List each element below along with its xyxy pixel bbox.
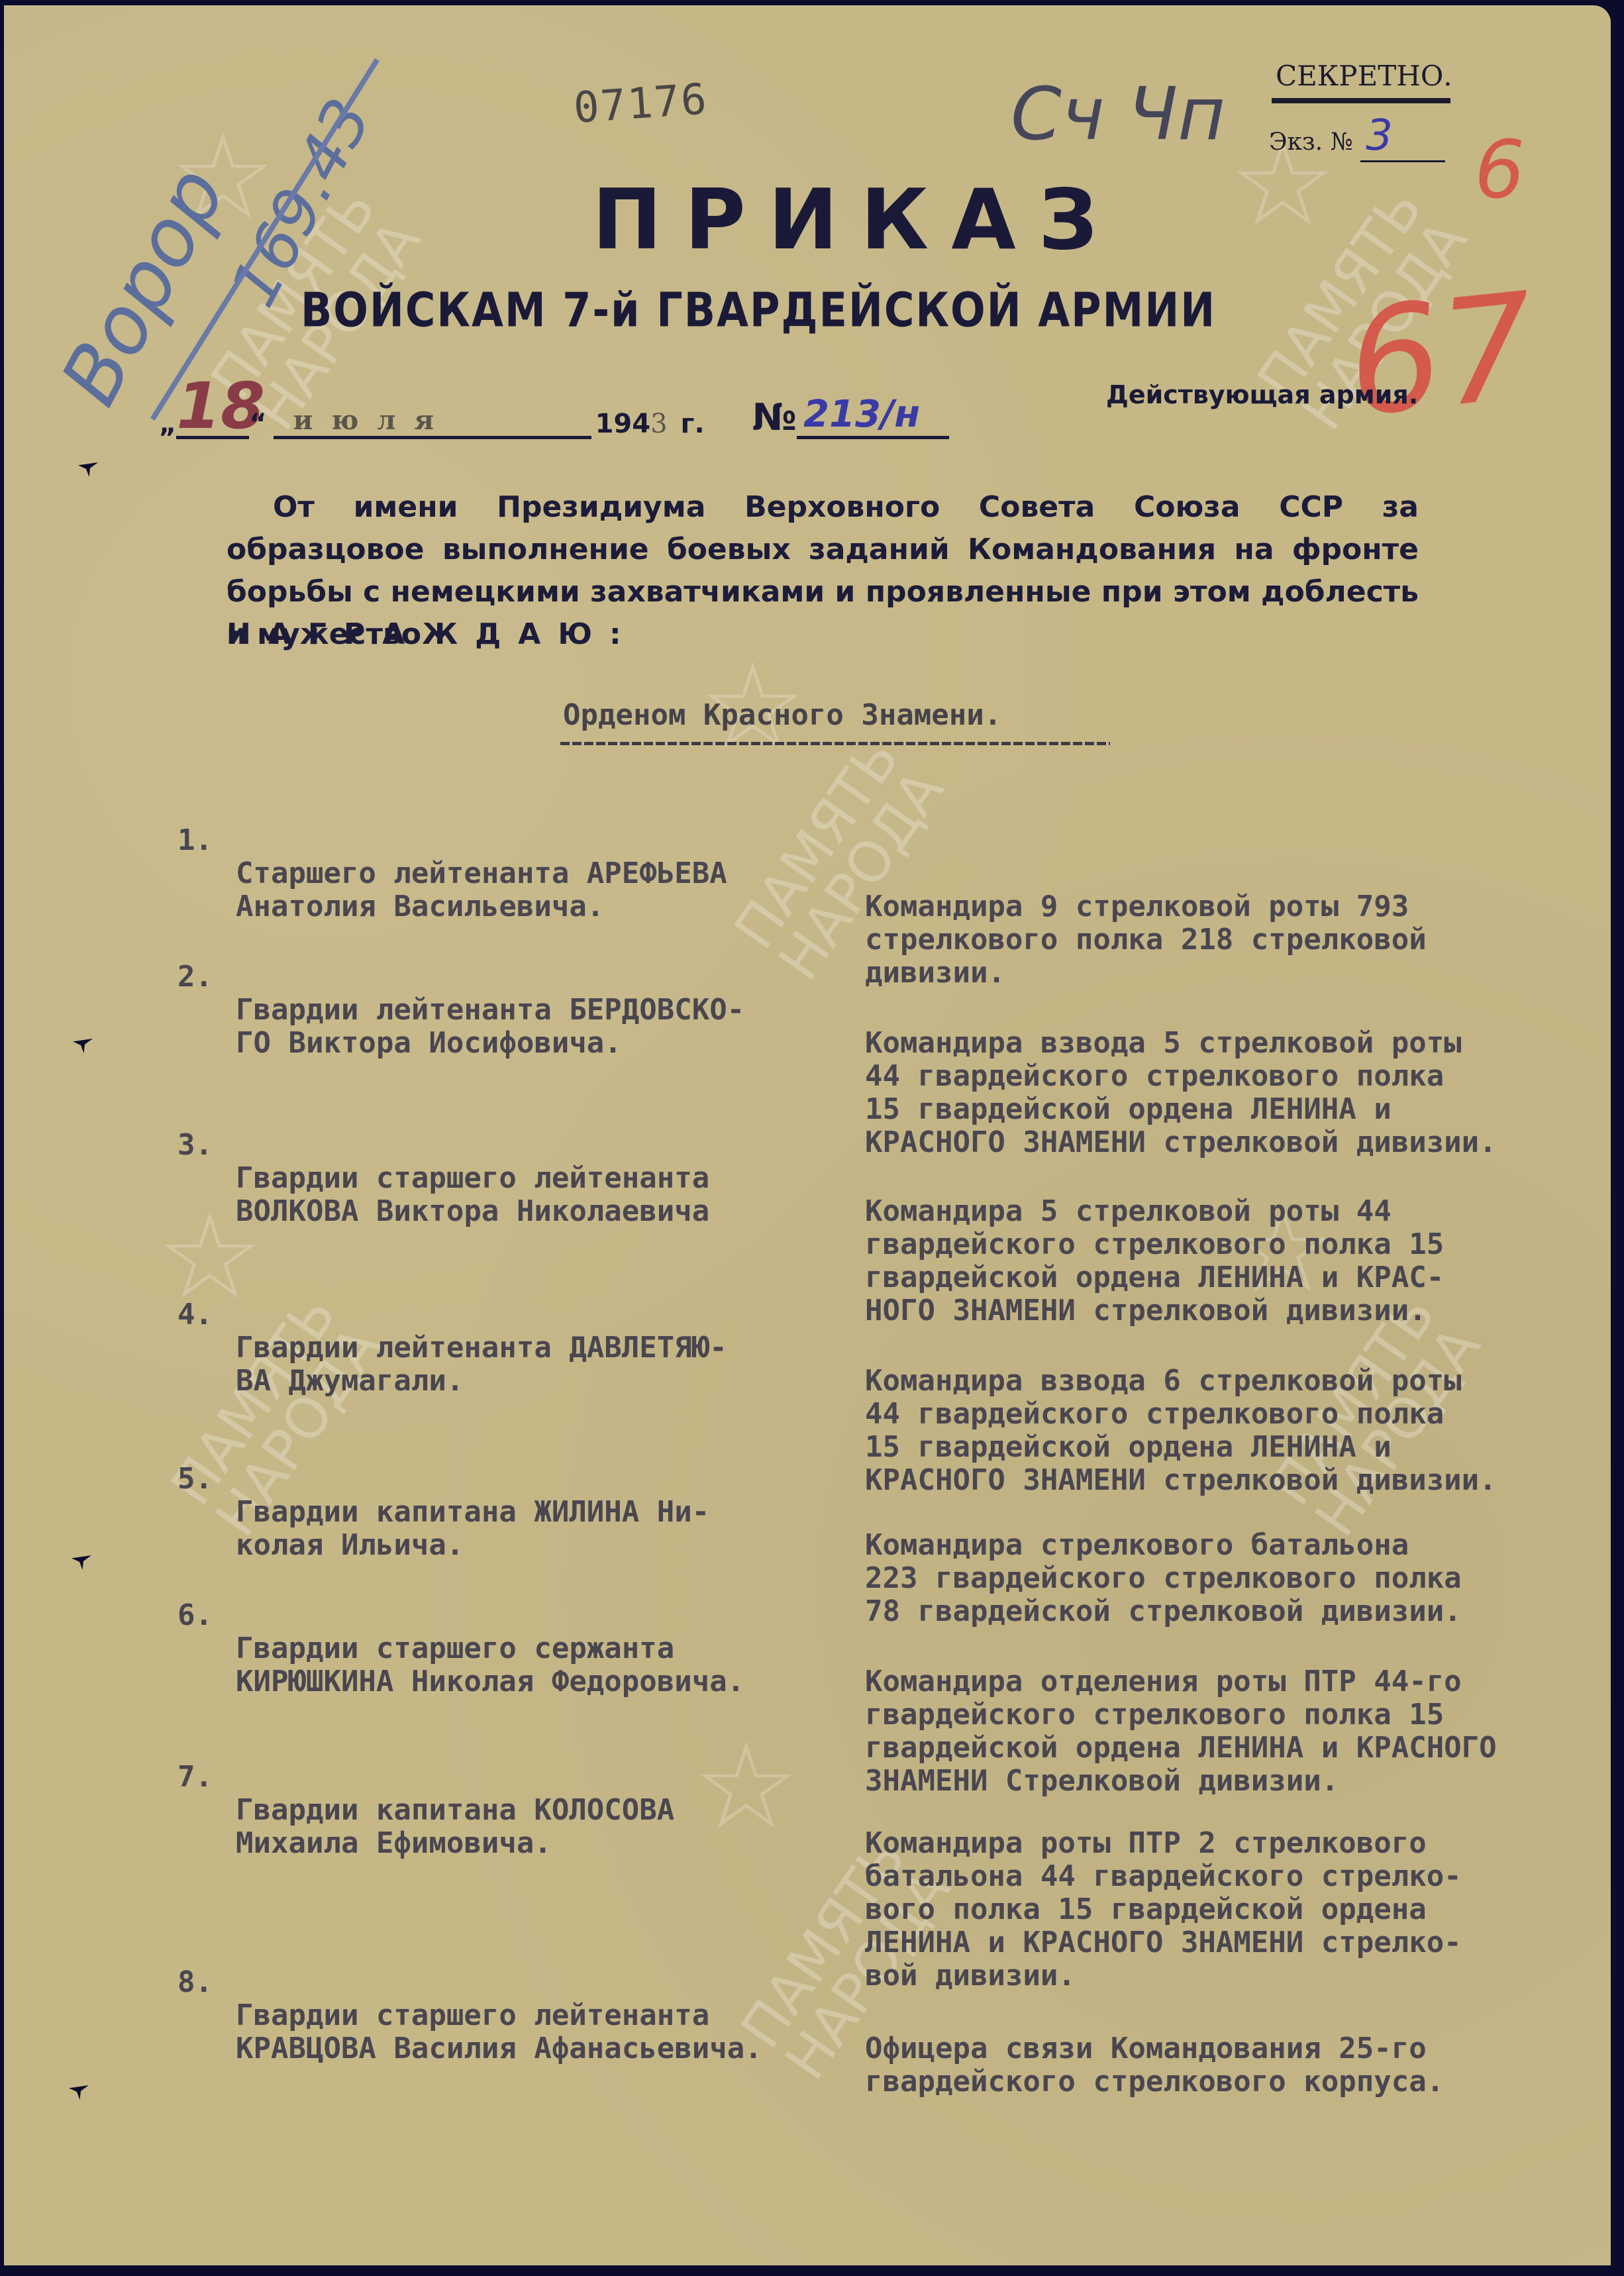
item-number: 6. [178,1599,213,1632]
order-number: 213/н [797,393,949,439]
handwritten-pencil-note: Сч Чп [1011,72,1225,156]
award-heading: Орденом Красного Знамени. [563,698,1001,732]
recipient-name: Старшего лейтенанта АРЕФЬЕВА Анатолия Ва… [236,857,825,923]
classification-label: СЕКРЕТНО. [1276,60,1452,92]
award-list-item: 5. Гвардии капитана ЖИЛИНА Ни- колая Иль… [4,1429,1624,1562]
award-list-item: 7. Гвардии капитана КОЛОСОВА Михаила Ефи… [4,1728,1624,1860]
recipient-position: Офицера связи Командования 25-го гвардей… [865,2032,1600,2098]
award-list-item: 6. Гвардии старшего сержанта КИРЮШКИНА Н… [4,1566,1624,1698]
item-number: 8. [178,1966,213,1999]
registration-stamp-number: 07176 [572,75,709,133]
document-page: ☆ ПАМЯТЬ НАРОДА ☆ ПАМЯТЬ НАРОДА ☆ ПАМЯТЬ… [4,5,1611,2265]
red-page-number: 67 [1340,261,1542,449]
copy-label: Экз. № 3 [1269,111,1445,162]
award-heading-underline [560,742,1110,745]
recipient-name: Гвардии лейтенанта ДАВЛЕТЯЮ- ВА Джумагал… [236,1331,825,1398]
item-number: 3. [178,1129,213,1162]
recipient-name: Гвардии старшего лейтенанта КРАВЦОВА Вас… [236,1999,825,2065]
copy-label-text: Экз. № [1269,129,1353,156]
date-month: июля [274,405,591,439]
page-title: ПРИКАЗ [592,171,1120,268]
item-number: 2. [178,960,213,994]
date-day: 18 [176,376,249,439]
red-mark: 6 [1474,125,1525,217]
recipient-name: Гвардии старшего лейтенанта ВОЛКОВА Викт… [236,1162,825,1228]
date-year-suffix: 3 [650,409,667,439]
award-list-item: 2. Гвардии лейтенанта БЕРДОВСКО- ГО Викт… [4,927,1624,1060]
awarding-verb: НАГРАЖДАЮ: [227,613,638,656]
page-subtitle: ВОЙСКАМ 7-й ГВАРДЕЙСКОЙ АРМИИ [301,282,1216,338]
recipient-name: Гвардии старшего сержанта КИРЮШКИНА Нико… [236,1632,825,1698]
punch-hole [69,2085,89,2100]
award-list-item: 3. Гвардии старшего лейтенанта ВОЛКОВА В… [4,1096,1624,1228]
item-number: 4. [178,1298,213,1331]
item-number: 7. [178,1761,213,1794]
award-list-item: 8. Гвардии старшего лейтенанта КРАВЦОВА … [4,1933,1624,2065]
copy-number: 3 [1360,111,1445,162]
date-year-prefix: 194 [595,409,651,439]
recipient-name: Гвардии лейтенанта БЕРДОВСКО- ГО Виктора… [236,994,825,1060]
date-line: „ 18 “ июля 194 3 г. № 213/н [159,376,949,439]
punch-hole [78,462,98,477]
order-number-label: № [752,396,797,439]
item-number: 1. [178,824,213,857]
recipient-name: Гвардии капитана ЖИЛИНА Ни- колая Ильича… [236,1496,825,1562]
date-year-unit: г. [681,409,705,439]
recipient-name: Гвардии капитана КОЛОСОВА Михаила Ефимов… [236,1794,825,1860]
quote-mark: „ [159,409,176,439]
quote-mark: “ [249,409,266,439]
award-list-item: 4. Гвардии лейтенанта ДАВЛЕТЯЮ- ВА Джума… [4,1265,1624,1398]
item-number: 5. [178,1463,213,1496]
divider [1272,98,1450,103]
award-list-item: 1. Старшего лейтенанта АРЕФЬЕВА Анатолия… [4,791,1624,923]
location-label: Действующая армия. [1106,380,1418,409]
